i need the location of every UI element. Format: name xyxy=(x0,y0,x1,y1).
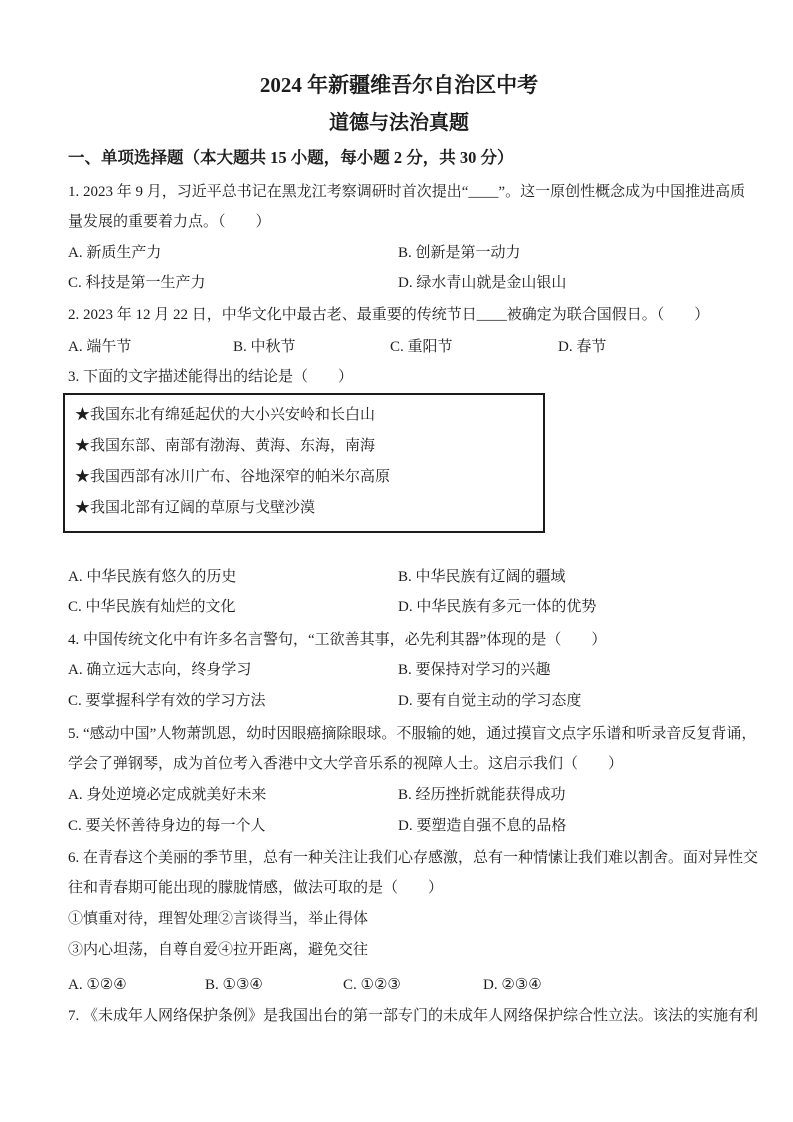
q5-option-a: A. 身处逆境必定成就美好未来 xyxy=(68,780,398,810)
q3-options-row2: C. 中华民族有灿烂的文化 D. 中华民族有多元一体的优势 xyxy=(68,592,730,622)
page-content: 2024 年新疆维吾尔自治区中考 道德与法治真题 一、单项选择题（本大题共 15… xyxy=(68,70,730,1031)
q3-stem-line1: 3. 下面的文字描述能得出的结论是（ ） xyxy=(68,362,730,392)
q1-stem-line1: 1. 2023 年 9 月，习近平总书记在黑龙江考察调研时首次提出“____”。… xyxy=(68,177,730,207)
q3-box-item: ★我国西部有冰川广布、谷地深窄的帕米尔高原 xyxy=(75,462,533,493)
q3-options-row1: A. 中华民族有悠久的历史 B. 中华民族有辽阔的疆域 xyxy=(68,562,730,592)
q4-option-c: C. 要掌握科学有效的学习方法 xyxy=(68,686,398,716)
q3-option-b: B. 中华民族有辽阔的疆域 xyxy=(398,562,566,592)
q5-stem-line1: 5. “感动中国”人物萧凯恩，幼时因眼癌摘除眼球。不服输的她，通过摸盲文点字乐谱… xyxy=(68,719,730,749)
q1-option-d: D. 绿水青山就是金山银山 xyxy=(398,268,566,298)
q5-option-d: D. 要塑造自强不息的品格 xyxy=(398,811,566,841)
q2-stem-line1: 2. 2023 年 12 月 22 日，中华文化中最古老、最重要的传统节日___… xyxy=(68,300,730,330)
q5-option-c: C. 要关怀善待身边的每一个人 xyxy=(68,811,398,841)
q1-stem-line2: 量发展的重要着力点。（ ） xyxy=(68,207,730,237)
q6-stem-line1: 6. 在青春这个美丽的季节里，总有一种关注让我们心存感激，总有一种情愫让我们难以… xyxy=(68,843,730,873)
section-header: 一、单项选择题（本大题共 15 小题，每小题 2 分，共 30 分） xyxy=(68,143,730,173)
q4-options-row2: C. 要掌握科学有效的学习方法 D. 要有自觉主动的学习态度 xyxy=(68,686,730,716)
q6-options-row: A. ①②④ B. ①③④ C. ①②③ D. ②③④ xyxy=(68,970,730,1000)
q2-option-b: B. 中秋节 xyxy=(233,332,390,362)
doc-title: 2024 年新疆维吾尔自治区中考 xyxy=(68,70,730,100)
q2-option-a: A. 端午节 xyxy=(68,332,233,362)
q2-options-row: A. 端午节 B. 中秋节 C. 重阳节 D. 春节 xyxy=(68,332,730,362)
q1-option-b: B. 创新是第一动力 xyxy=(398,238,521,268)
q3-option-a: A. 中华民族有悠久的历史 xyxy=(68,562,398,592)
q5-option-b: B. 经历挫折就能获得成功 xyxy=(398,780,566,810)
q4-option-a: A. 确立远大志向，终身学习 xyxy=(68,655,398,685)
q3-box-item: ★我国东部、南部有渤海、黄海、东海，南海 xyxy=(75,431,533,462)
q6-option-a: A. ①②④ xyxy=(68,970,205,1000)
q6-statements-line2: ③内心坦荡，自尊自爱④拉开距离，避免交往 xyxy=(68,935,730,965)
q1-options-row2: C. 科技是第一生产力 D. 绿水青山就是金山银山 xyxy=(68,268,730,298)
q6-statements-line1: ①慎重对待，理智处理②言谈得当，举止得体 xyxy=(68,904,730,934)
q3-option-c: C. 中华民族有灿烂的文化 xyxy=(68,592,398,622)
q6-option-d: D. ②③④ xyxy=(483,970,542,1000)
exam-paper-page: 2024 年新疆维吾尔自治区中考 道德与法治真题 一、单项选择题（本大题共 15… xyxy=(0,0,793,1122)
q1-option-a: A. 新质生产力 xyxy=(68,238,398,268)
q5-options-row2: C. 要关怀善待身边的每一个人 D. 要塑造自强不息的品格 xyxy=(68,811,730,841)
q6-option-c: C. ①②③ xyxy=(343,970,483,1000)
q4-options-row1: A. 确立远大志向，终身学习 B. 要保持对学习的兴趣 xyxy=(68,655,730,685)
q2-option-c: C. 重阳节 xyxy=(390,332,558,362)
q6-stem-line2: 往和青春期可能出现的朦胧情感，做法可取的是（ ） xyxy=(68,873,730,903)
q3-option-d: D. 中华民族有多元一体的优势 xyxy=(398,592,596,622)
q3-box-item: ★我国北部有辽阔的草原与戈壁沙漠 xyxy=(75,493,533,524)
q4-option-d: D. 要有自觉主动的学习态度 xyxy=(398,686,581,716)
q1-options-row1: A. 新质生产力 B. 创新是第一动力 xyxy=(68,238,730,268)
q3-info-box: ★我国东北有绵延起伏的大小兴安岭和长白山 ★我国东部、南部有渤海、黄海、东海，南… xyxy=(63,393,545,533)
q1-option-c: C. 科技是第一生产力 xyxy=(68,268,398,298)
q3-box-item: ★我国东北有绵延起伏的大小兴安岭和长白山 xyxy=(75,400,533,431)
q4-stem-line1: 4. 中国传统文化中有许多名言警句，“工欲善其事，必先利其器”体现的是（ ） xyxy=(68,625,730,655)
q6-option-b: B. ①③④ xyxy=(205,970,343,1000)
doc-subtitle: 道德与法治真题 xyxy=(68,108,730,138)
q5-stem-line2: 学会了弹钢琴，成为首位考入香港中文大学音乐系的视障人士。这启示我们（ ） xyxy=(68,749,730,779)
q2-option-d: D. 春节 xyxy=(558,332,606,362)
q4-option-b: B. 要保持对学习的兴趣 xyxy=(398,655,551,685)
q5-options-row1: A. 身处逆境必定成就美好未来 B. 经历挫折就能获得成功 xyxy=(68,780,730,810)
q7-stem-line1: 7. 《未成年人网络保护条例》是我国出台的第一部专门的未成年人网络保护综合性立法… xyxy=(68,1001,730,1031)
